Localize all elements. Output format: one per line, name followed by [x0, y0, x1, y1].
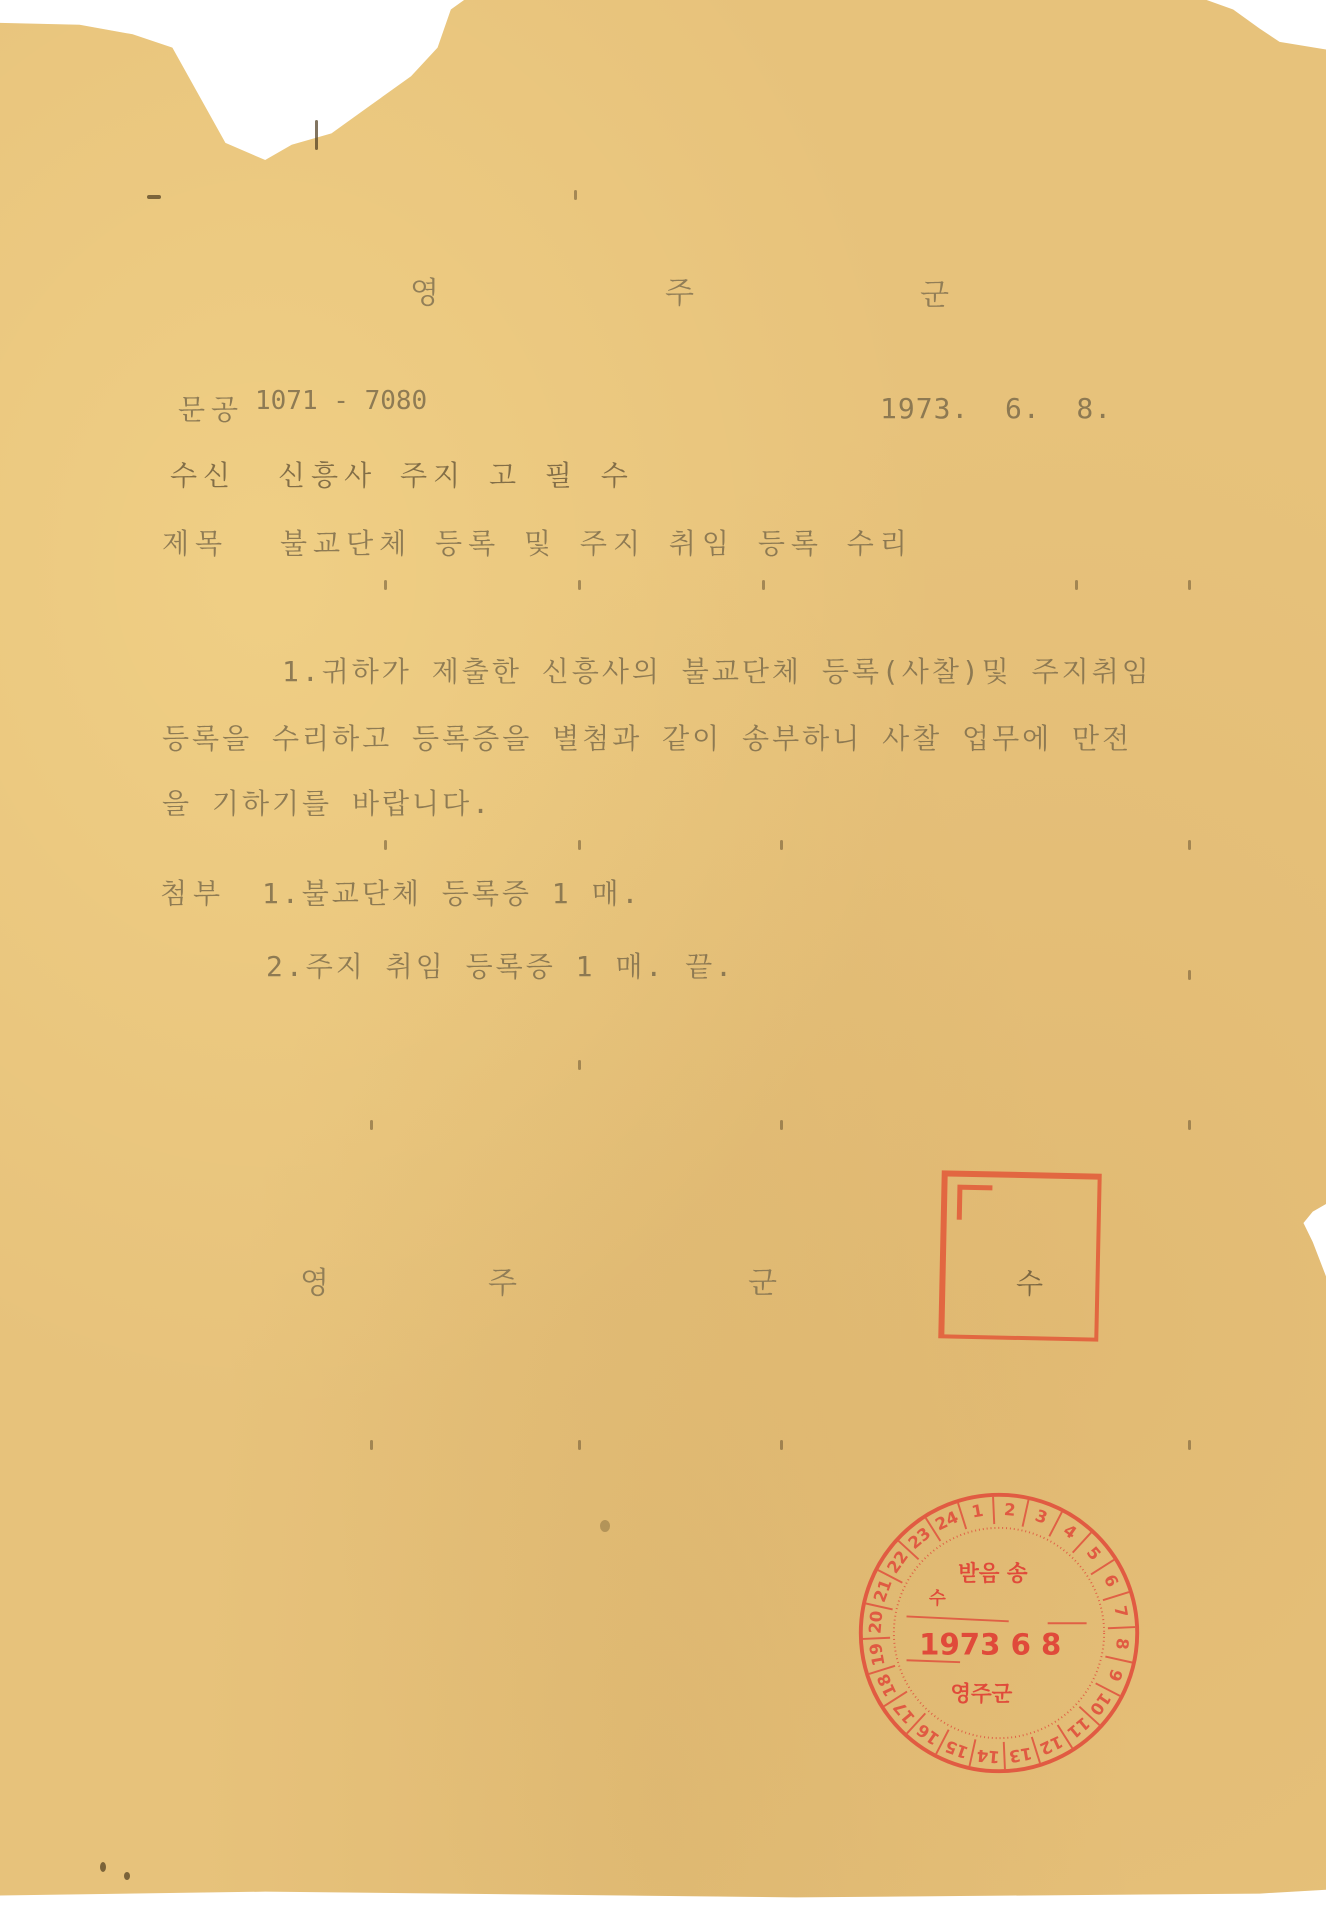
ink-speck	[100, 1862, 106, 1872]
signature-suffix: 수	[1016, 1262, 1043, 1302]
stamp-ring-number: 3	[1033, 1506, 1050, 1528]
stamp-ring-number: 20	[865, 1610, 886, 1635]
stamp-ring-number: 14	[976, 1746, 1001, 1767]
ink-speck	[124, 1872, 130, 1880]
fold-mark	[578, 1060, 581, 1070]
fold-mark	[1188, 1120, 1191, 1130]
fold-mark	[574, 190, 577, 200]
receipt-date-stamp: 123456789101112131415161718192021222324 …	[853, 1487, 1145, 1779]
fold-mark	[370, 1120, 373, 1130]
recipient-label: 수신	[170, 454, 236, 494]
subject: 불교단체 등록 및 주지 취임 등록 수리	[280, 522, 913, 562]
stamp-date-text: 1973 6 8	[919, 1627, 1061, 1661]
body-line: 을 기하기를 바랍니다.	[162, 782, 492, 822]
body-line: 1.귀하가 제출한 신흥사의 불교단체 등록(사찰)및 주지취임	[282, 650, 1152, 690]
stamp-bottom-text: 영주군	[950, 1681, 1012, 1707]
document-date: 1973. 6. 8.	[880, 392, 1112, 425]
header-char: 주	[665, 268, 694, 312]
stamp-ring-number: 1	[970, 1501, 985, 1522]
attachment-item: 1.불교단체 등록증 1 매.	[262, 872, 641, 912]
fold-mark	[780, 1440, 783, 1450]
ink-speck	[147, 195, 161, 199]
stamp-ring-number: 4	[1060, 1521, 1080, 1543]
seal-mark	[957, 1185, 993, 1221]
stamp-ring-number: 19	[866, 1642, 889, 1668]
recipient: 신흥사 주지 고 필 수	[278, 454, 634, 494]
reference-number: 1071 - 7080	[255, 386, 427, 416]
stamp-ring-number: 13	[1008, 1743, 1034, 1766]
fold-mark	[1188, 1440, 1191, 1450]
stamp-ring-number: 8	[1112, 1637, 1132, 1650]
date-stamp-graphic: 123456789101112131415161718192021222324 …	[853, 1487, 1145, 1779]
stamp-ring-number: 6	[1100, 1572, 1122, 1590]
fold-mark	[370, 1440, 373, 1450]
stamp-ring-number: 21	[870, 1577, 896, 1605]
fold-mark	[578, 840, 581, 850]
stamp-ring-number: 15	[943, 1736, 971, 1762]
attachments-label: 첨부	[160, 872, 226, 912]
subject-label: 제목	[162, 522, 228, 562]
stamp-ring-number: 5	[1083, 1543, 1105, 1564]
reference-label: 문공	[178, 388, 244, 428]
stamp-top-text: 받음 송	[958, 1560, 1028, 1586]
fold-mark	[780, 840, 783, 850]
fold-mark	[1188, 970, 1191, 980]
fold-mark	[1188, 840, 1191, 850]
stamp-ring-number: 2	[1003, 1500, 1016, 1520]
fold-mark	[384, 580, 387, 590]
fold-mark	[1075, 580, 1078, 590]
ink-speck	[315, 120, 318, 150]
signature-char: 군	[748, 1258, 777, 1302]
fold-mark	[762, 580, 765, 590]
fold-mark	[578, 580, 581, 590]
stamp-ring-number: 9	[1104, 1667, 1126, 1684]
stamp-left-text: 수	[929, 1589, 946, 1609]
attachment-item: 2.주지 취임 등록증 1 매. 끝.	[266, 945, 735, 985]
signature-char: 영	[300, 1258, 329, 1302]
body-line: 등록을 수리하고 등록증을 별첨과 같이 송부하니 사찰 업무에 만전	[162, 717, 1132, 757]
official-seal-stamp	[938, 1170, 1101, 1341]
ink-speck	[600, 1520, 610, 1532]
signature-char: 주	[488, 1258, 517, 1302]
fold-mark	[384, 840, 387, 850]
fold-mark	[780, 1120, 783, 1130]
fold-mark	[1188, 580, 1191, 590]
stamp-ring-number: 7	[1110, 1604, 1131, 1619]
fold-mark	[578, 1440, 581, 1450]
header-char: 영	[410, 268, 439, 312]
header-char: 군	[920, 270, 949, 314]
